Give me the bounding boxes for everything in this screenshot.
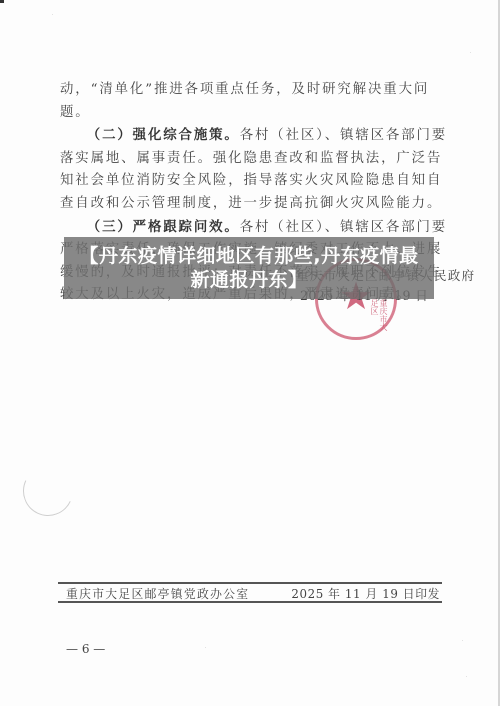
paragraph-2: （二）强化综合施策。各村（社区）、镇辖区各部门要落实属地、属事责任。强化隐患查改… bbox=[60, 124, 448, 215]
scan-speckle bbox=[462, 640, 463, 641]
scan-corner-mark bbox=[0, 0, 4, 3]
overlay-title: 【丹东疫情详细地区有那些,丹东疫情最新通报丹东】 bbox=[64, 244, 434, 292]
scan-speckle bbox=[466, 676, 467, 677]
document-page: 动，“清单化”推进各项重点任务，及时研究解决重大问题。 （二）强化综合施策。各村… bbox=[0, 0, 500, 706]
paragraph-heading: （三）严格跟踪问效。 bbox=[87, 219, 240, 235]
footer-issuer: 重庆市大足区邮亭镇党政办公室 bbox=[66, 585, 249, 602]
page-number: — 6 — bbox=[66, 642, 105, 656]
footer-divider-bottom bbox=[58, 601, 442, 603]
footer-print-date: 2025 年 11 月 19 日印发 bbox=[291, 585, 440, 602]
seal-ring-text: 重庆市大足区 bbox=[374, 299, 388, 337]
overlay-title-banner: 【丹东疫情详细地区有那些,丹东疫情最新通报丹东】 bbox=[64, 237, 434, 299]
paragraph-heading: （二）强化综合施策。 bbox=[87, 127, 240, 143]
footer-divider-top bbox=[58, 582, 442, 584]
scan-speckle bbox=[52, 14, 53, 15]
scan-speckle bbox=[205, 647, 206, 648]
paragraph-text: 动，“清单化”推进各项重点任务，及时研究解决重大问题。 bbox=[60, 82, 429, 120]
scan-speckle bbox=[470, 52, 471, 53]
paragraph-1: 动，“清单化”推进各项重点任务，及时研究解决重大问题。 bbox=[60, 78, 448, 124]
scan-artifact-arc bbox=[16, 459, 80, 523]
